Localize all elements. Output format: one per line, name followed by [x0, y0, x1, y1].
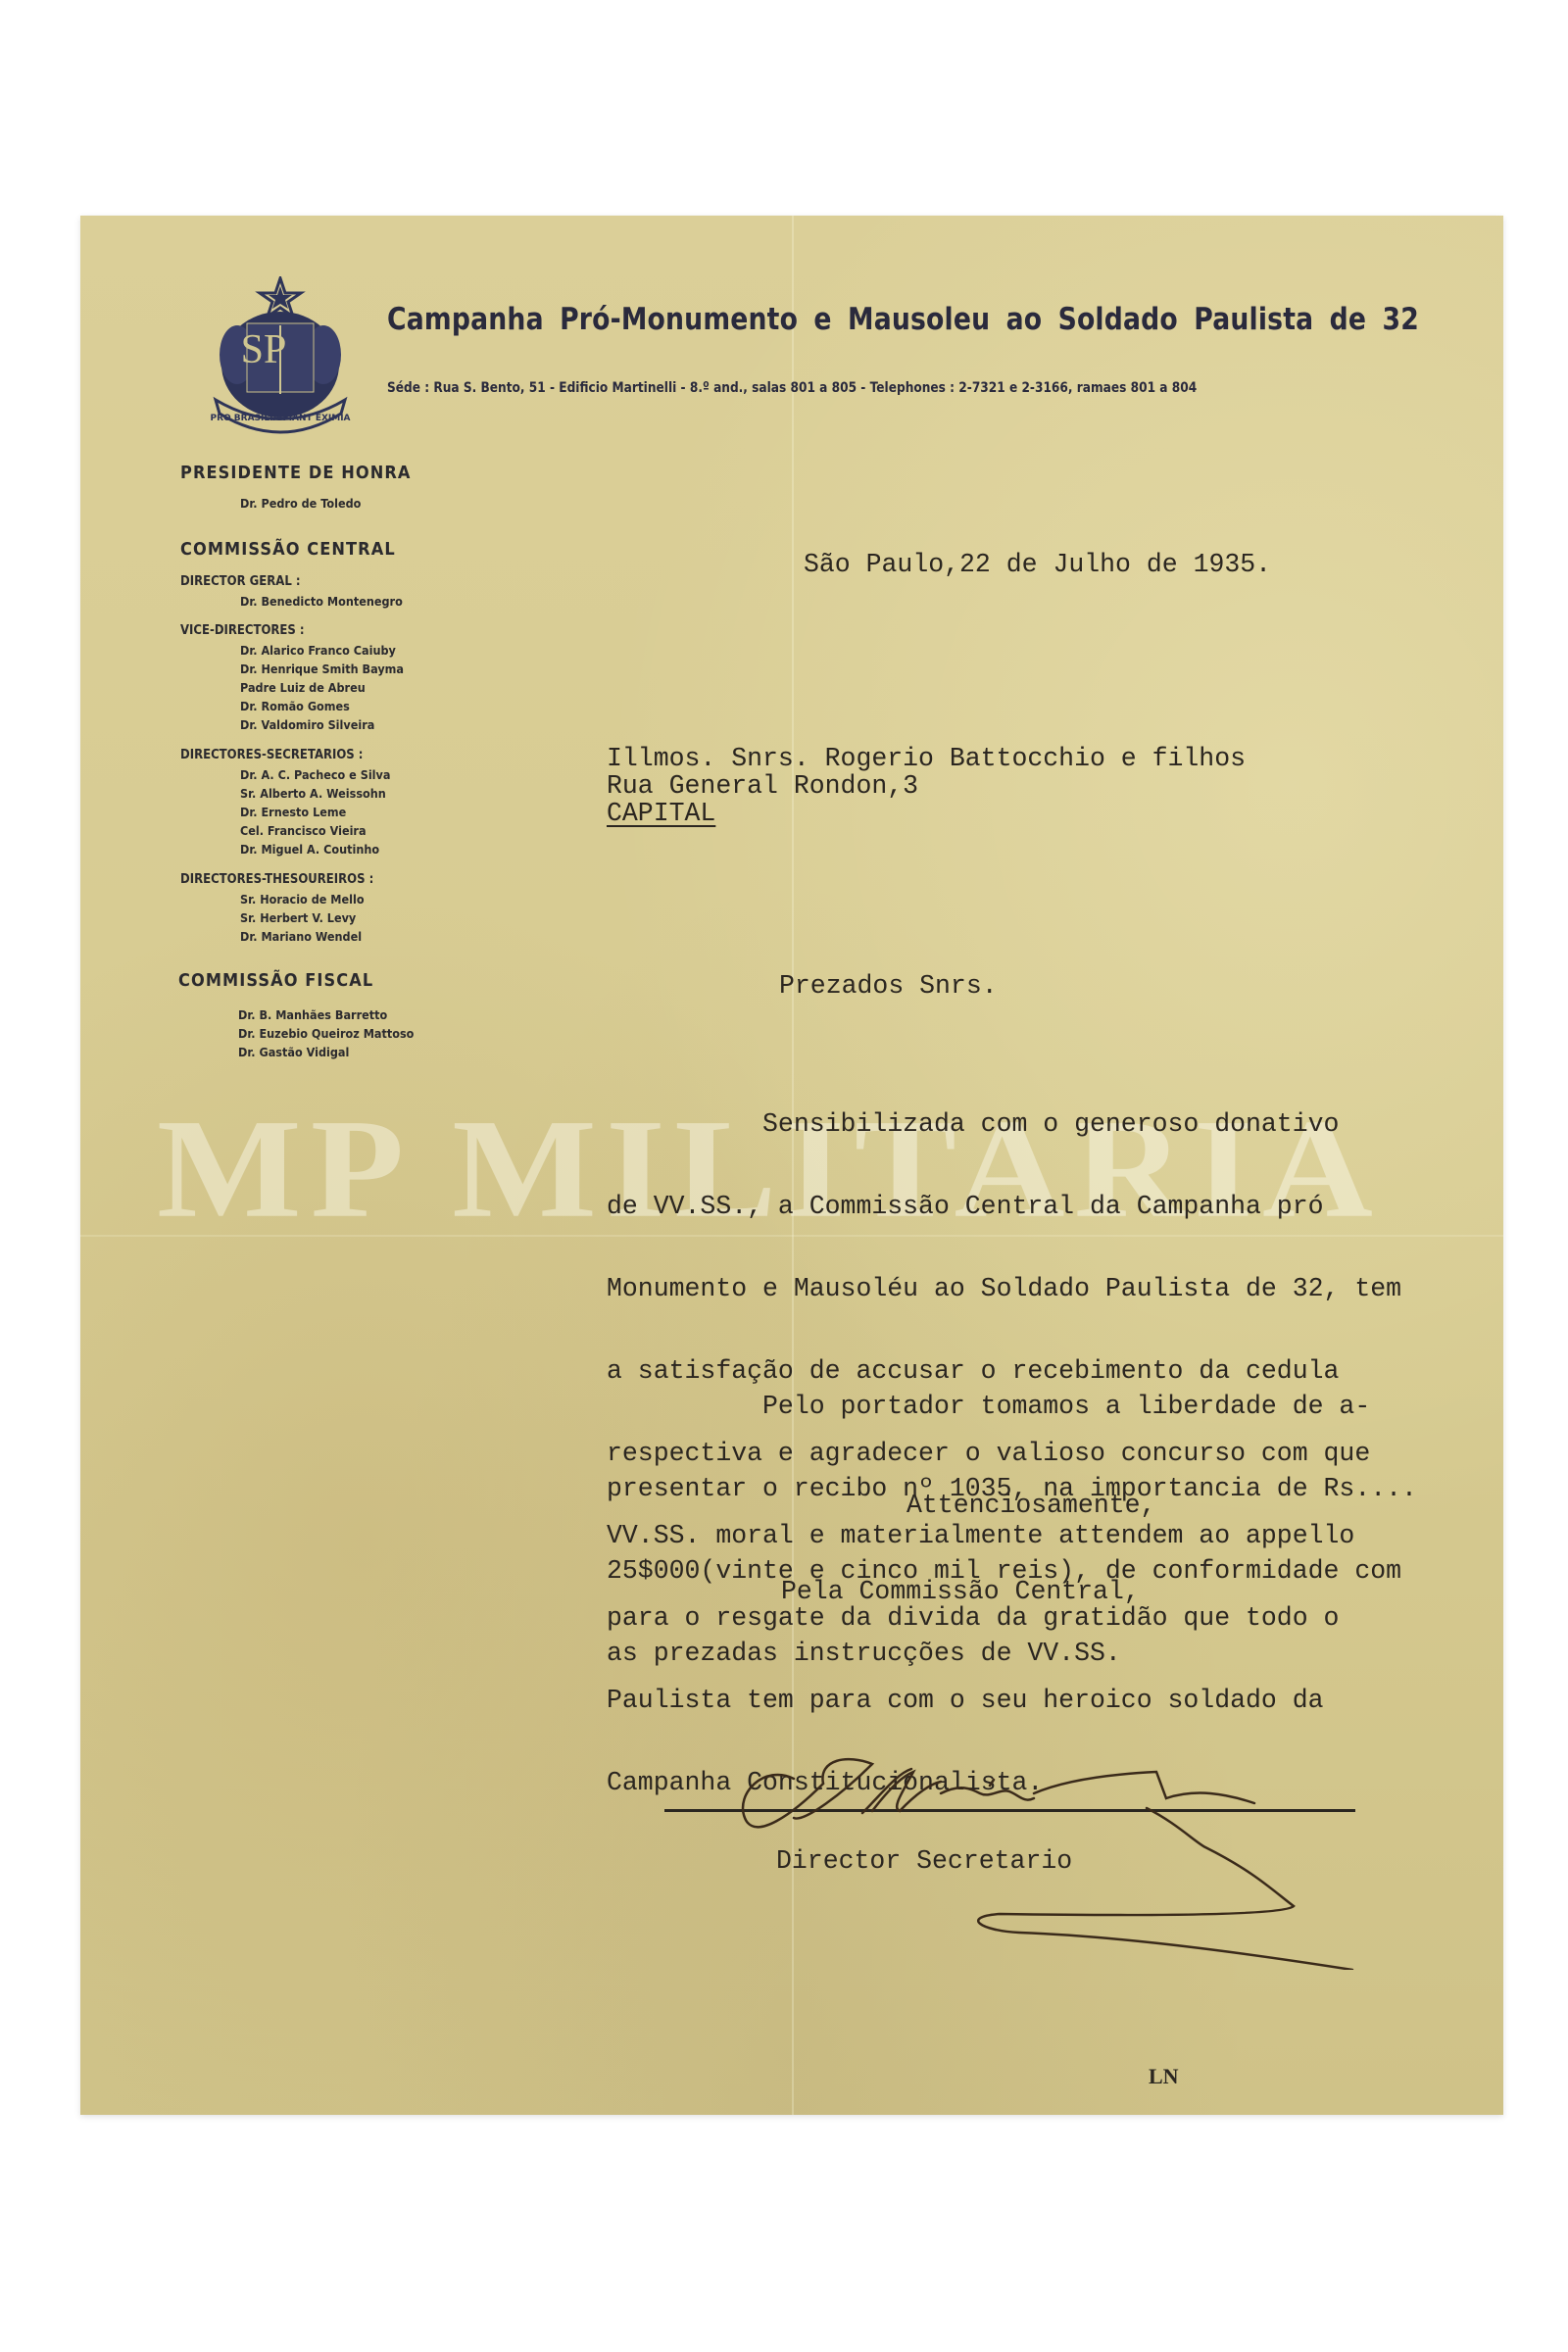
member-name: Padre Luiz de Abreu — [240, 680, 366, 695]
signature-title: Director Secretario — [776, 1847, 1072, 1875]
group-label: DIRECTOR GERAL : — [180, 574, 301, 589]
member-name: Dr. A. C. Pacheco e Silva — [240, 767, 390, 782]
member-name: Sr. Alberto A. Weissohn — [240, 786, 386, 801]
member-name: Dr. Valdomiro Silveira — [240, 717, 374, 732]
fiscal-name: Dr. Euzebio Queiroz Mattoso — [238, 1026, 414, 1041]
commissao-fiscal-heading: COMMISSÃO FISCAL — [178, 970, 373, 991]
member-name: Dr. Miguel A. Coutinho — [240, 842, 379, 857]
recipient-line-3: CAPITAL — [607, 800, 715, 827]
letterhead-address: Séde : Rua S. Bento, 51 - Edificio Marti… — [387, 380, 1197, 396]
member-name: Dr. Benedicto Montenegro — [240, 594, 403, 609]
recipient-line-1: Illmos. Snrs. Rogerio Battocchio e filho… — [607, 745, 1246, 772]
paragraph-line: Monumento e Mausoléu ao Soldado Paulista… — [607, 1275, 1401, 1302]
paragraph-line: de VV.SS., a Commissão Central da Campan… — [607, 1193, 1401, 1220]
paragraph-line: as prezadas instrucções de VV.SS. — [607, 1640, 1417, 1667]
commissao-central-heading: COMMISSÃO CENTRAL — [180, 539, 396, 560]
group-label: VICE-DIRECTORES : — [180, 623, 305, 638]
salutation: Prezados Snrs. — [779, 972, 998, 1000]
emblem-motto: PRO BRASILIA FIANT EXIMIA — [210, 414, 350, 423]
letter-date: São Paulo,22 de Julho de 1935. — [804, 551, 1271, 578]
presidente-name: Dr. Pedro de Toledo — [240, 496, 361, 511]
member-name: Dr. Mariano Wendel — [240, 929, 362, 944]
member-name: Dr. Alarico Franco Caiuby — [240, 643, 396, 658]
typist-initials: LN — [1149, 2064, 1179, 2089]
member-name: Sr. Herbert V. Levy — [240, 910, 356, 925]
member-name: Dr. Ernesto Leme — [240, 805, 346, 819]
on-behalf-line: Pela Commissão Central, — [781, 1578, 1140, 1605]
presidente-heading: PRESIDENTE DE HONRA — [180, 463, 412, 483]
group-label: DIRECTORES-SECRETARIOS : — [180, 748, 363, 762]
recipient-line-2: Rua General Rondon,3 — [607, 772, 918, 800]
member-name: Sr. Horacio de Mello — [240, 892, 365, 906]
member-name: Dr. Henrique Smith Bayma — [240, 661, 404, 676]
group-label: DIRECTORES-THESOUREIROS : — [180, 872, 373, 887]
fiscal-name: Dr. B. Manhães Barretto — [238, 1007, 387, 1022]
closing: Attenciosamente, — [906, 1492, 1155, 1519]
member-name: Cel. Francisco Vieira — [240, 823, 367, 838]
member-name: Dr. Romão Gomes — [240, 699, 350, 713]
letterhead-title: Campanha Pró-Monumento e Mausoleu ao Sol… — [387, 302, 1419, 337]
sao-paulo-coat-of-arms-icon: SP PRO BRASILIA FIANT EXIMIA — [208, 276, 353, 435]
paragraph-line: Sensibilizada com o generoso donativo — [607, 1110, 1401, 1138]
paragraph-line: Pelo portador tomamos a liberdade de a- — [607, 1393, 1417, 1420]
fiscal-name: Dr. Gastão Vidigal — [238, 1045, 349, 1059]
